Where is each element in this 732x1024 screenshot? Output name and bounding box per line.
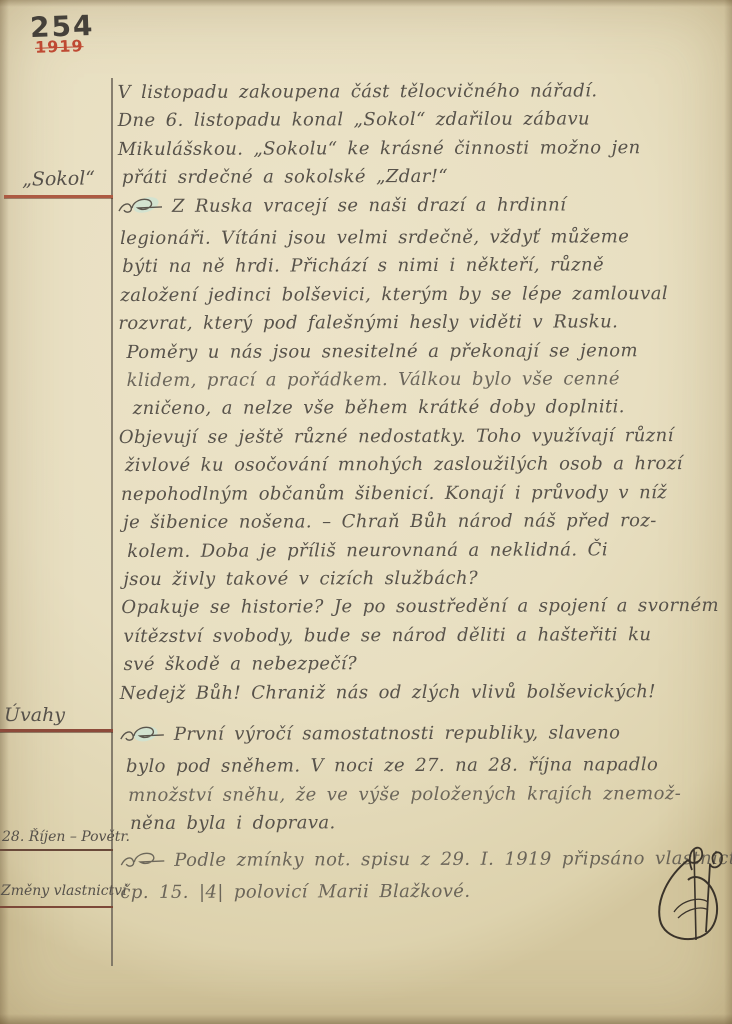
text-line: klidem, prací a pořádkem. Válkou bylo vš… xyxy=(127,365,723,395)
text-line: jsou živly takové v cizích službách? xyxy=(123,564,723,595)
text-line: rozvrat, který pod falešnými hesly vidět… xyxy=(118,308,722,339)
text-line: čp. 15. |4| polovicí Marii Blažkové. xyxy=(120,877,724,908)
text-line: legionáři. Vítáni jsou velmi srdečně, vž… xyxy=(120,223,722,254)
paragraph-mark-icon xyxy=(118,196,164,226)
margin-underline-sokol xyxy=(4,195,113,198)
text-line: Poměry u nás jsou snesitelné a překonají… xyxy=(126,337,722,367)
text-line: První výročí samostatnosti republiky, sl… xyxy=(120,719,724,754)
margin-label-zmeny: Změny vlastnictví xyxy=(1,883,127,899)
text-line: něna byla i doprava. xyxy=(130,808,724,838)
text-line: vítězství svobody, bude se národ děliti … xyxy=(123,621,723,652)
margin-label-rijen: 28. Říjen – Povětr. xyxy=(2,829,130,845)
margin-label-sokol: „Sokol“ xyxy=(22,167,95,190)
text-line: býti na ně hrdi. Přichází s nimi i někte… xyxy=(122,251,722,282)
text-line: zničeno, a nelze vše během krátké doby d… xyxy=(133,393,723,423)
text-line: založení jedinci bolševici, kterým by se… xyxy=(120,280,722,311)
paragraph-mark-icon xyxy=(120,724,166,754)
text-line: Podle zmínky not. spisu z 29. I. 1919 př… xyxy=(120,845,724,880)
margin-underline-uvahy xyxy=(0,729,113,732)
chronicle-text-block: V listopadu zakoupena část tělocvičného … xyxy=(118,77,725,907)
text-line: Dne 6. listopadu konal „Sokol“ zdařilou … xyxy=(118,105,722,136)
text-line: živlové ku osočování mnohých zasloužilýc… xyxy=(125,450,723,480)
margin-underline-rijen xyxy=(0,849,113,851)
text-line: Opakuje se historie? Je po soustředění a… xyxy=(121,592,723,623)
signature-flourish xyxy=(648,842,732,954)
margin-label-uvahy: Úvahy xyxy=(4,704,65,726)
text-line: přáti srdečné a sokolské „Zdar!“ xyxy=(122,162,722,193)
text-line: V listopadu zakoupena část tělocvičného … xyxy=(118,77,722,108)
text-line: je šibenice nošena. – Chraň Bůh národ ná… xyxy=(123,507,723,538)
margin-underline-zmeny xyxy=(0,906,113,908)
paragraph-mark-icon xyxy=(120,849,166,879)
text-line: Nedejž Bůh! Chraniž nás od zlých vlivů b… xyxy=(120,677,724,708)
text-line: kolem. Doba je příliš neurovnaná a nekli… xyxy=(127,535,723,565)
text-line: své škodě a nebezpečí? xyxy=(124,649,724,680)
text-line: nepohodlným občanům šibenicí. Konají i p… xyxy=(121,479,723,510)
text-line: Z Ruska vracejí se naši drazí a hrdinní xyxy=(118,191,722,226)
text-line: bylo pod sněhem. V noci ze 27. na 28. ří… xyxy=(126,751,724,781)
text-line: Mikulášskou. „Sokolu“ ke krásné činnosti… xyxy=(118,134,722,165)
year-stamp: 1919 xyxy=(35,36,84,57)
text-line: množství sněhu, že ve výše položených kr… xyxy=(128,780,724,810)
text-line: Objevují se ještě různé nedostatky. Toho… xyxy=(119,422,723,453)
chronicle-page: 254 1919 „Sokol“ Úvahy 28. Říjen – Povět… xyxy=(0,0,732,1024)
